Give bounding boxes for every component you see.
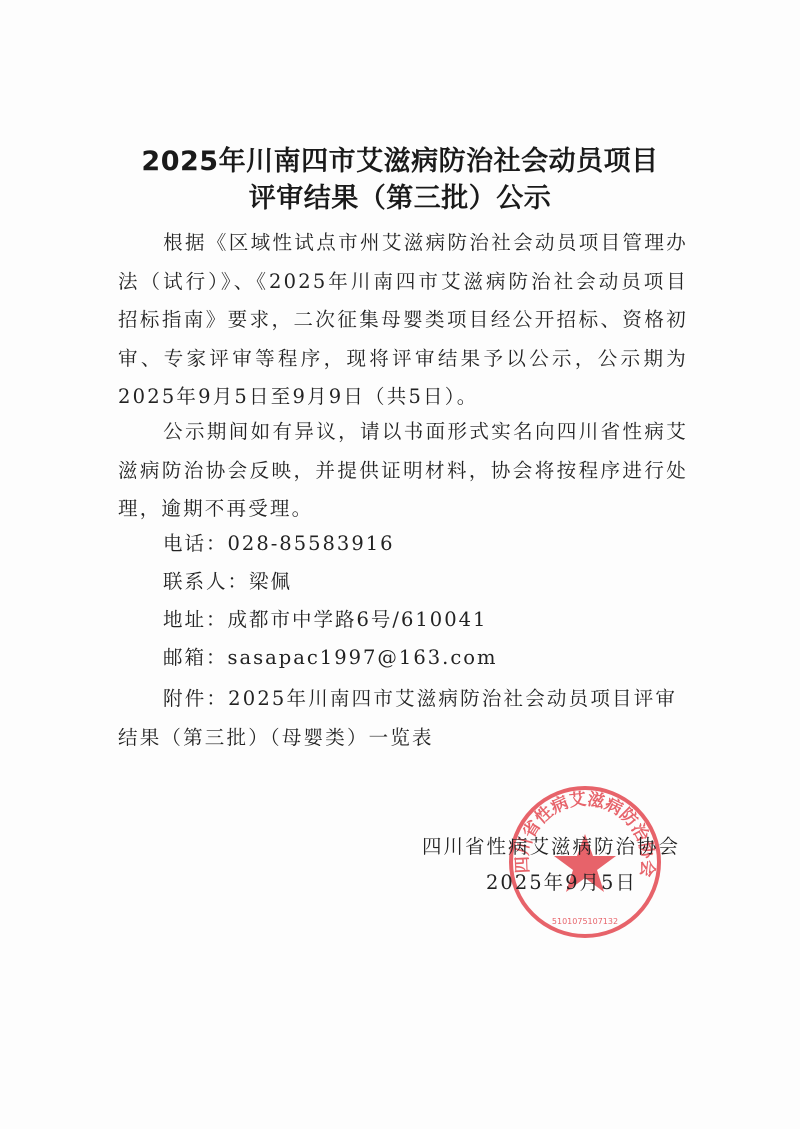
official-seal-icon: 四川省性病艾滋病防治协会 5101075107132	[505, 782, 665, 942]
signature-organization: 四川省性病艾滋病防治协会	[422, 831, 680, 859]
paragraph-basis: 根据《区域性试点市州艾滋病防治社会动员项目管理办法（试行）》、《2025年川南四…	[118, 224, 688, 417]
signature-date: 2025年9月5日	[486, 867, 637, 895]
contact-person: 联系人：梁佩	[163, 566, 292, 594]
contact-address: 地址：成都市中学路6号/610041	[163, 604, 487, 632]
paragraph-basis-text: 根据《区域性试点市州艾滋病防治社会动员项目管理办法（试行）》、《2025年川南四…	[118, 231, 688, 408]
document-title-line1: 2025年川南四市艾滋病防治社会动员项目	[0, 139, 800, 178]
contact-email: 邮箱：sasapac1997@163.com	[163, 642, 498, 670]
contact-phone: 电话：028-85583916	[163, 528, 395, 556]
paragraph-objection-text: 公示期间如有异议，请以书面形式实名向四川省性病艾滋病防治协会反映，并提供证明材料…	[118, 420, 688, 520]
paragraph-objection: 公示期间如有异议，请以书面形式实名向四川省性病艾滋病防治协会反映，并提供证明材料…	[118, 413, 688, 529]
svg-text:5101075107132: 5101075107132	[552, 917, 618, 926]
document-title-line2: 评审结果（第三批）公示	[0, 176, 800, 215]
attachment-note: 附件：2025年川南四市艾滋病防治社会动员项目评审结果（第三批）（母婴类）一览表	[118, 680, 688, 757]
